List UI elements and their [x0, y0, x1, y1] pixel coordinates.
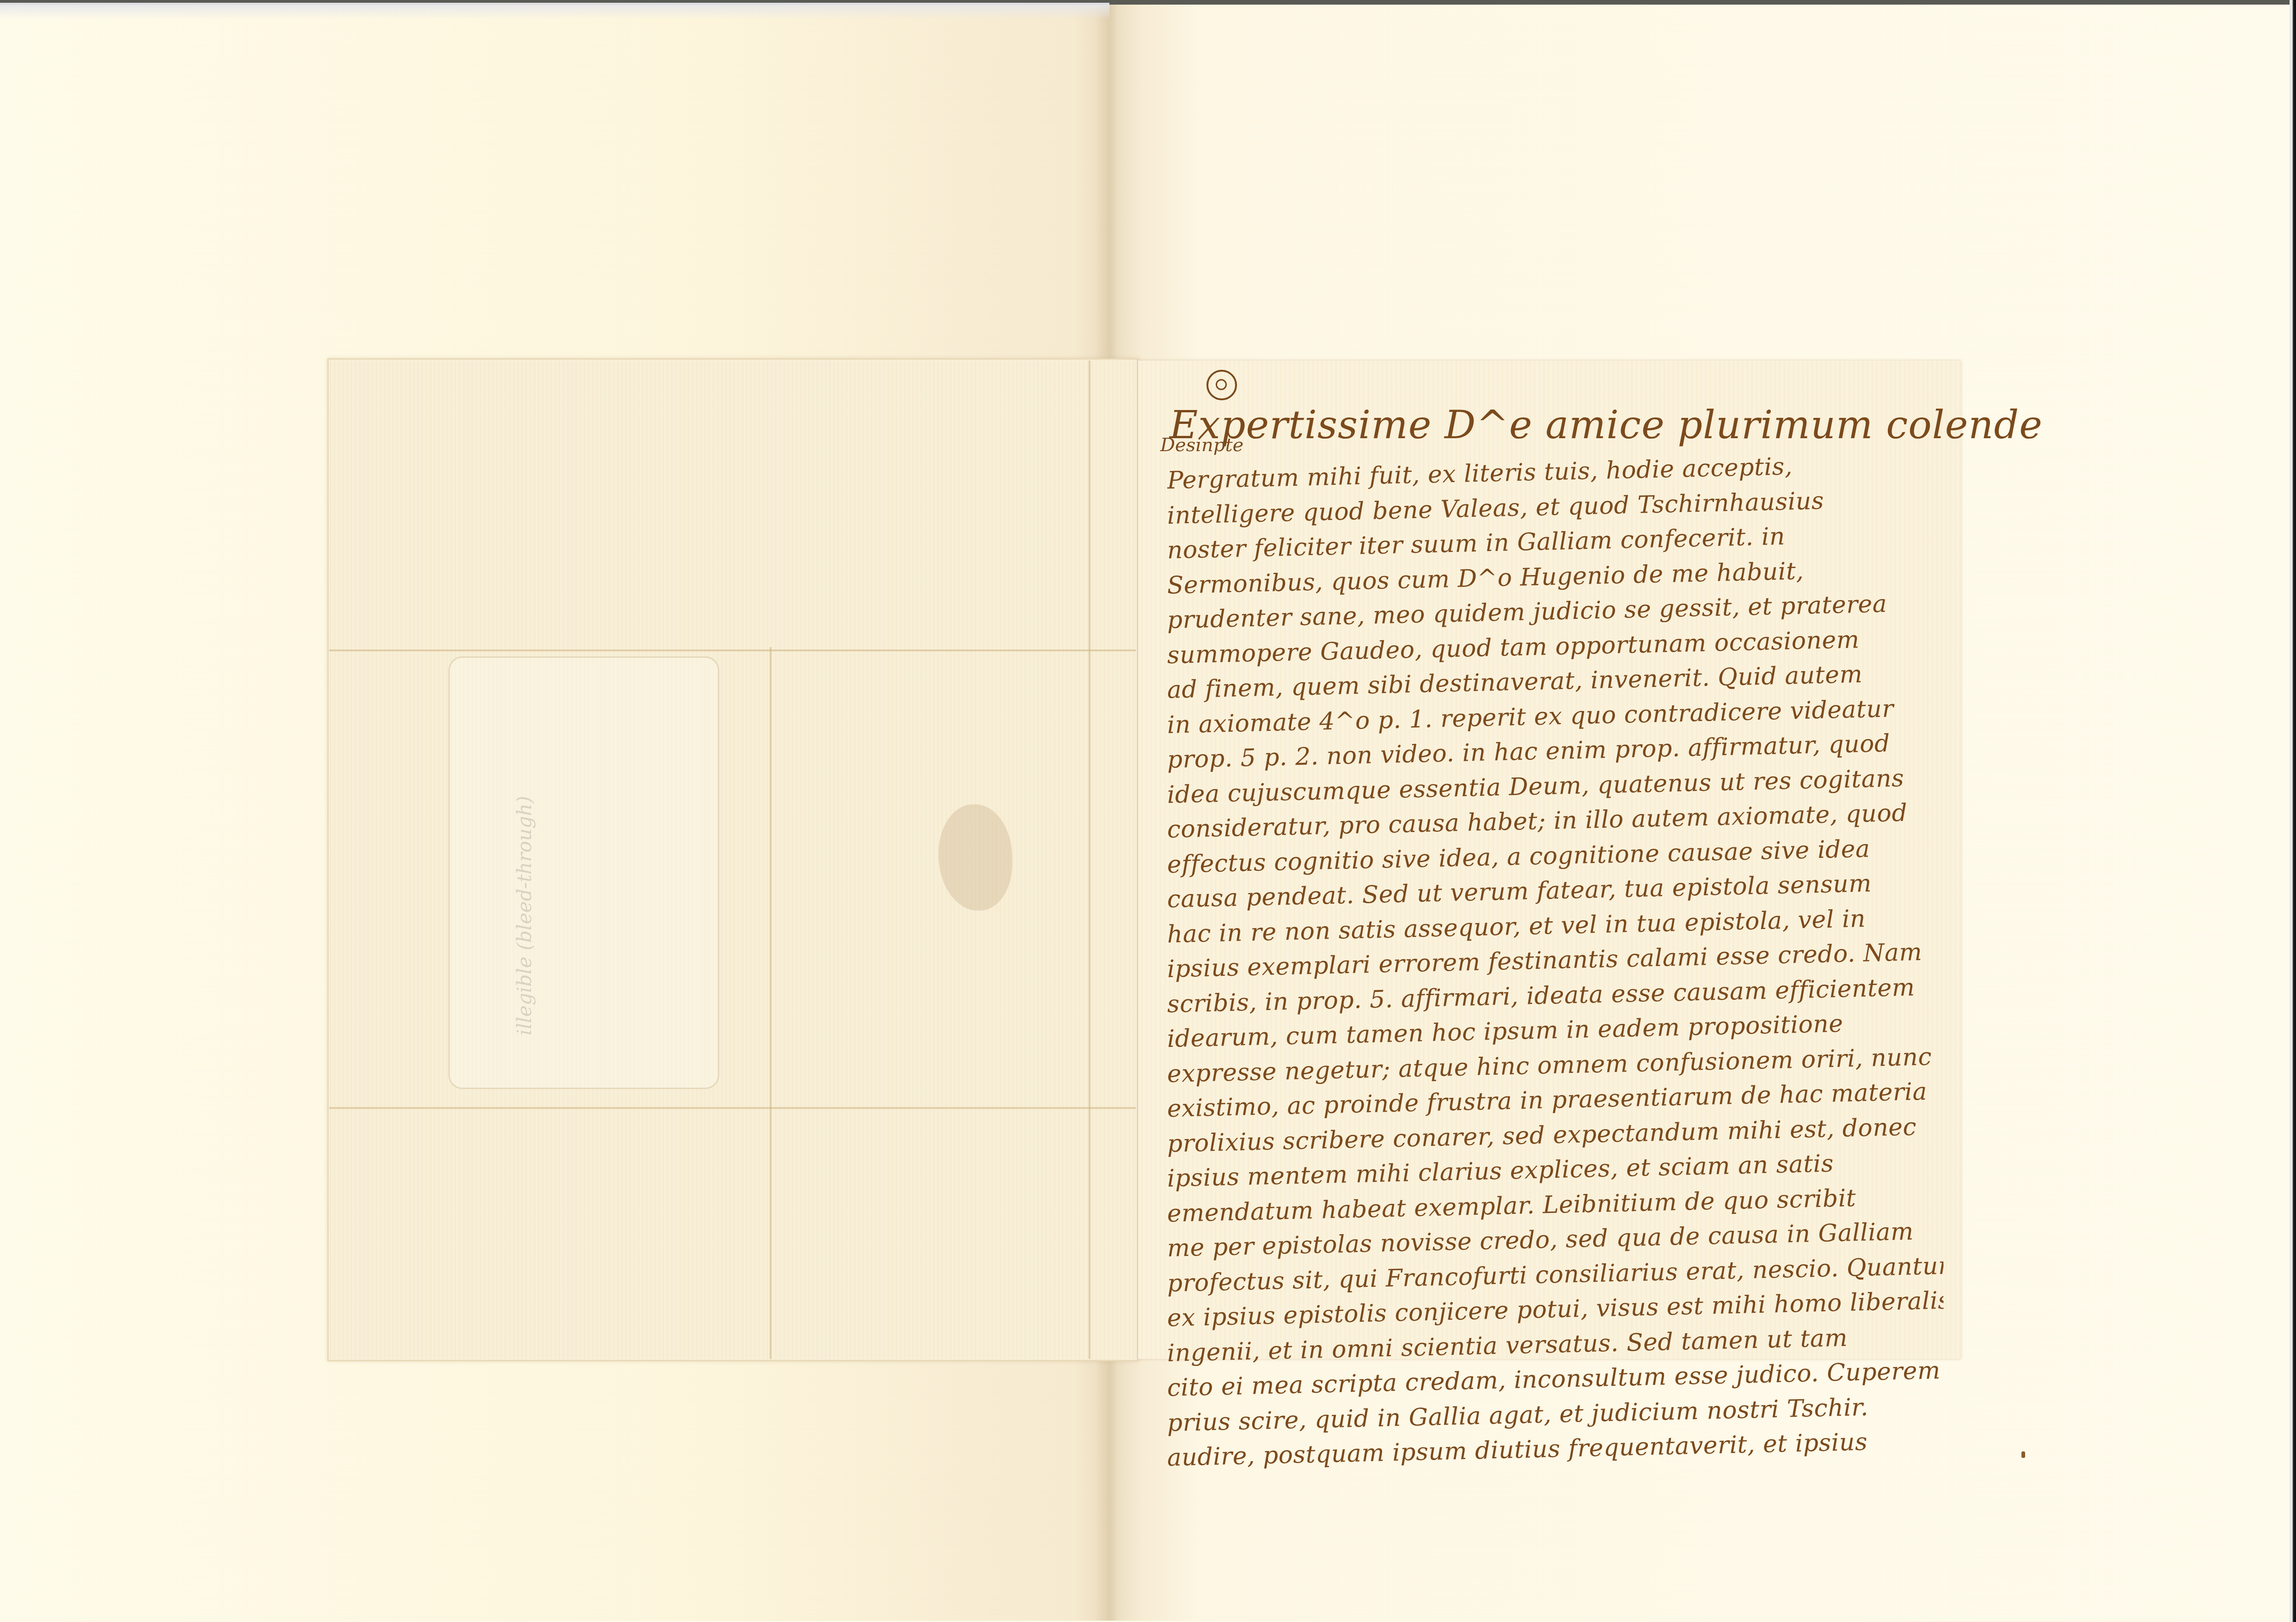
letter-body: Pergratum mihi fuit, ex literis tuis, ho…	[1167, 467, 1944, 1479]
fold-line-vertical-right	[1089, 361, 1090, 1359]
fold-line-vertical	[770, 647, 771, 1359]
address-bleed-through: illegible (bleed-through)	[504, 684, 698, 1035]
scan-right-edge	[2290, 0, 2296, 1622]
scan-top-shadow	[0, 3, 1109, 19]
circle-mark-icon	[1206, 370, 1237, 400]
letter-salutation: Expertissime D^e amice plurimum colende	[1169, 402, 2043, 447]
ink-speck	[2021, 1451, 2025, 1458]
fold-line-horizontal-upper	[329, 649, 1136, 651]
fold-line-horizontal-lower	[329, 1107, 1136, 1109]
letter-margin-note: Desinpte	[1160, 435, 1243, 456]
